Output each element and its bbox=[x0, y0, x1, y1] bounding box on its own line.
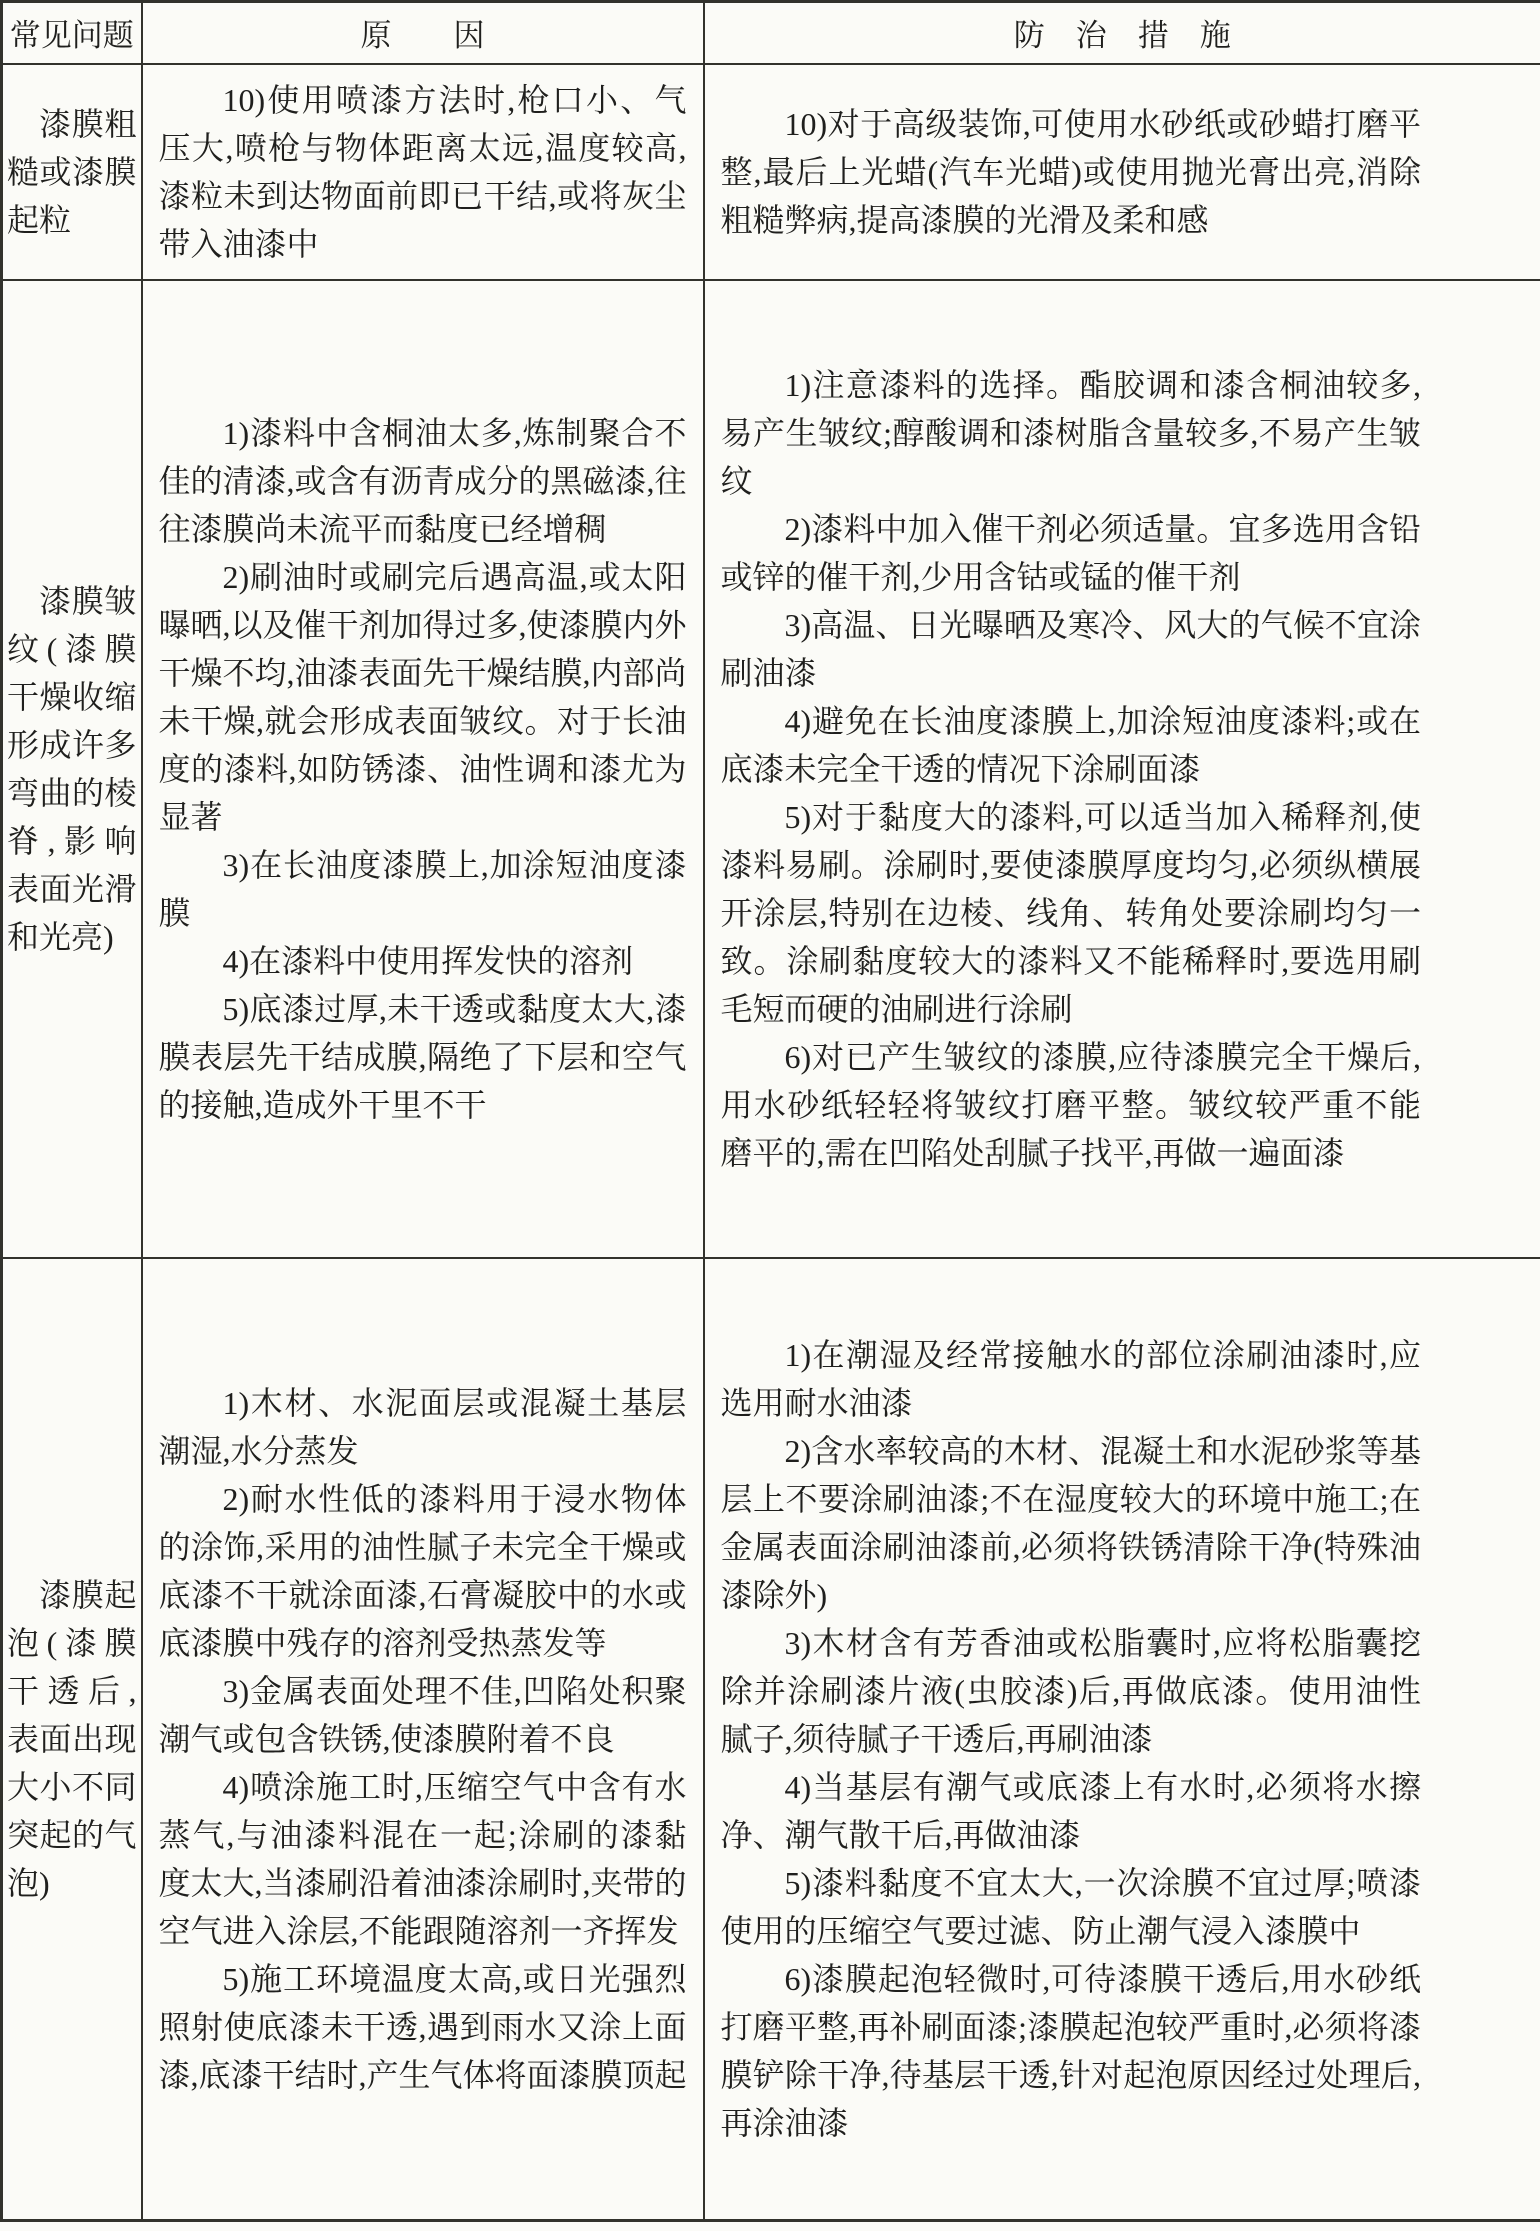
problem-cell: 漆膜起泡(漆膜干透后,表面出现大小不同突起的气泡) bbox=[2, 1258, 142, 2221]
problem-cell: 漆膜粗糙或漆膜起粒 bbox=[2, 64, 142, 280]
cause-paragraph: 2)耐水性低的漆料用于浸水物体的涂饰,采用的油性腻子未完全干燥或底漆不干就涂面漆… bbox=[159, 1475, 687, 1667]
cause-paragraph: 1)漆料中含桐油太多,炼制聚合不佳的清漆,或含有沥青成分的黑磁漆,往往漆膜尚未流… bbox=[159, 409, 687, 553]
paint-defects-table: 常见问题 原 因 防 治 措 施 漆膜粗糙或漆膜起粒 10)使用喷漆方法时,枪口… bbox=[0, 0, 1540, 2222]
cause-paragraph: 5)底漆过厚,未干透或黏度太大,漆膜表层先干结成膜,隔绝了下层和空气的接触,造成… bbox=[159, 985, 687, 1129]
table-header: 常见问题 原 因 防 治 措 施 bbox=[2, 2, 1540, 64]
measure-paragraph: 2)含水率较高的木材、混凝土和水泥砂浆等基层上不要涂刷油漆;不在湿度较大的环境中… bbox=[721, 1427, 1422, 1619]
problem-text: 漆膜皱纹(漆膜干燥收缩形成许多弯曲的棱脊,影响表面光滑和光亮) bbox=[7, 577, 137, 961]
causes-cell: 1)木材、水泥面层或混凝土基层潮湿,水分蒸发2)耐水性低的漆料用于浸水物体的涂饰… bbox=[142, 1258, 704, 2221]
measure-paragraph: 3)高温、日光曝晒及寒冷、风大的气候不宜涂刷油漆 bbox=[721, 601, 1422, 697]
cause-paragraph: 5)施工环境温度太高,或日光强烈照射使底漆未干透,遇到雨水又涂上面漆,底漆干结时… bbox=[159, 1955, 687, 2099]
header-measures: 防 治 措 施 bbox=[704, 2, 1540, 64]
problem-text: 漆膜粗糙或漆膜起粒 bbox=[7, 100, 137, 244]
cause-paragraph: 3)金属表面处理不佳,凹陷处积聚潮气或包含铁锈,使漆膜附着不良 bbox=[159, 1667, 687, 1763]
cause-paragraph: 10)使用喷漆方法时,枪口小、气压大,喷枪与物体距离太远,温度较高,漆粒未到达物… bbox=[159, 76, 687, 268]
causes-cell: 10)使用喷漆方法时,枪口小、气压大,喷枪与物体距离太远,温度较高,漆粒未到达物… bbox=[142, 64, 704, 280]
measure-paragraph: 1)在潮湿及经常接触水的部位涂刷油漆时,应选用耐水油漆 bbox=[721, 1331, 1422, 1427]
cause-paragraph: 3)在长油度漆膜上,加涂短油度漆膜 bbox=[159, 841, 687, 937]
measure-paragraph: 6)漆膜起泡轻微时,可待漆膜干透后,用水砂纸打磨平整,再补刷面漆;漆膜起泡较严重… bbox=[721, 1955, 1422, 2147]
table-row: 漆膜粗糙或漆膜起粒 10)使用喷漆方法时,枪口小、气压大,喷枪与物体距离太远,温… bbox=[2, 64, 1540, 280]
cause-paragraph: 2)刷油时或刷完后遇高温,或太阳曝晒,以及催干剂加得过多,使漆膜内外干燥不均,油… bbox=[159, 553, 687, 841]
header-row: 常见问题 原 因 防 治 措 施 bbox=[2, 2, 1540, 64]
cause-paragraph: 4)在漆料中使用挥发快的溶剂 bbox=[159, 937, 687, 985]
measures-cell: 10)对于高级装饰,可使用水砂纸或砂蜡打磨平整,最后上光蜡(汽车光蜡)或使用抛光… bbox=[704, 64, 1540, 280]
table-row: 漆膜皱纹(漆膜干燥收缩形成许多弯曲的棱脊,影响表面光滑和光亮) 1)漆料中含桐油… bbox=[2, 280, 1540, 1258]
table-body: 漆膜粗糙或漆膜起粒 10)使用喷漆方法时,枪口小、气压大,喷枪与物体距离太远,温… bbox=[2, 64, 1540, 2221]
problem-cell: 漆膜皱纹(漆膜干燥收缩形成许多弯曲的棱脊,影响表面光滑和光亮) bbox=[2, 280, 142, 1258]
measure-paragraph: 5)对于黏度大的漆料,可以适当加入稀释剂,使漆料易刷。涂刷时,要使漆膜厚度均匀,… bbox=[721, 793, 1422, 1033]
header-problem: 常见问题 bbox=[2, 2, 142, 64]
cause-paragraph: 4)喷涂施工时,压缩空气中含有水蒸气,与油漆料混在一起;涂刷的漆黏度太大,当漆刷… bbox=[159, 1763, 687, 1955]
problem-text: 漆膜起泡(漆膜干透后,表面出现大小不同突起的气泡) bbox=[7, 1571, 137, 1907]
table-row: 漆膜起泡(漆膜干透后,表面出现大小不同突起的气泡) 1)木材、水泥面层或混凝土基… bbox=[2, 1258, 1540, 2221]
measure-paragraph: 2)漆料中加入催干剂必须适量。宜多选用含铅或锌的催干剂,少用含钴或锰的催干剂 bbox=[721, 505, 1422, 601]
measures-cell: 1)在潮湿及经常接触水的部位涂刷油漆时,应选用耐水油漆2)含水率较高的木材、混凝… bbox=[704, 1258, 1540, 2221]
document-page: 常见问题 原 因 防 治 措 施 漆膜粗糙或漆膜起粒 10)使用喷漆方法时,枪口… bbox=[0, 0, 1540, 2231]
measure-paragraph: 5)漆料黏度不宜太大,一次涂膜不宜过厚;喷漆使用的压缩空气要过滤、防止潮气浸入漆… bbox=[721, 1859, 1422, 1955]
measure-paragraph: 4)避免在长油度漆膜上,加涂短油度漆料;或在底漆未完全干透的情况下涂刷面漆 bbox=[721, 697, 1422, 793]
measure-paragraph: 4)当基层有潮气或底漆上有水时,必须将水擦净、潮气散干后,再做油漆 bbox=[721, 1763, 1422, 1859]
cause-paragraph: 1)木材、水泥面层或混凝土基层潮湿,水分蒸发 bbox=[159, 1379, 687, 1475]
measures-cell: 1)注意漆料的选择。酯胶调和漆含桐油较多,易产生皱纹;醇酸调和漆树脂含量较多,不… bbox=[704, 280, 1540, 1258]
header-cause: 原 因 bbox=[142, 2, 704, 64]
measure-paragraph: 6)对已产生皱纹的漆膜,应待漆膜完全干燥后,用水砂纸轻轻将皱纹打磨平整。皱纹较严… bbox=[721, 1033, 1422, 1177]
measure-paragraph: 3)木材含有芳香油或松脂囊时,应将松脂囊挖除并涂刷漆片液(虫胶漆)后,再做底漆。… bbox=[721, 1619, 1422, 1763]
causes-cell: 1)漆料中含桐油太多,炼制聚合不佳的清漆,或含有沥青成分的黑磁漆,往往漆膜尚未流… bbox=[142, 280, 704, 1258]
measure-paragraph: 1)注意漆料的选择。酯胶调和漆含桐油较多,易产生皱纹;醇酸调和漆树脂含量较多,不… bbox=[721, 361, 1422, 505]
measure-paragraph: 10)对于高级装饰,可使用水砂纸或砂蜡打磨平整,最后上光蜡(汽车光蜡)或使用抛光… bbox=[721, 100, 1422, 244]
